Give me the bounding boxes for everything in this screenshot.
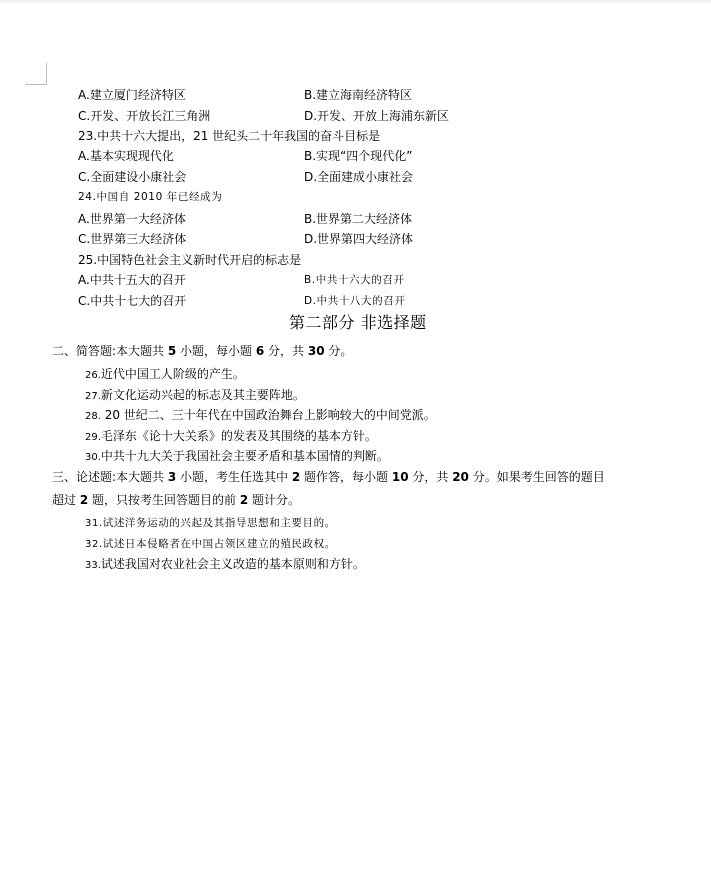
q22-option-a: A.建立厦门经济特区 [78,87,186,103]
section2-header: 二、简答题:本大题共 5 小题，每小题 6 分，共 30 分。 [52,343,352,359]
section3-text: 小题，考生任选其中 [176,470,292,484]
question-number: 28. [85,411,101,422]
q25-option-d: D.中共十八大的召开 [304,293,405,309]
q22-option-b: B.建立海南经济特区 [304,87,412,103]
section2-total: 30 [308,344,325,358]
section3-each: 10 [392,470,409,484]
section3-text: 题计分。 [248,493,300,507]
q25-option-c: C.中共十七大的召开 [78,293,186,309]
question-number: 33. [85,560,101,571]
question-27: 27.新文化运动兴起的标志及其主要阵地。 [85,387,305,405]
section2-header-suffix: 分。 [325,344,353,358]
section3-text: 题作答，每小题 [300,470,392,484]
question-number: 32. [85,539,103,550]
q23-stem: 23.中共十六大提出，21 世纪头二十年我国的奋斗目标是 [78,128,380,144]
q25-option-a: A.中共十五大的召开 [78,272,186,288]
q24-option-a: A.世界第一大经济体 [78,211,186,227]
question-33: 33.试述我国对农业社会主义改造的基本原则和方针。 [85,556,365,574]
question-number: 26. [85,370,101,381]
q22-option-c: C.开发、开放长江三角洲 [78,108,210,124]
q24-stem: 24.中国自 2010 年已经成为 [78,189,222,205]
q24-option-b: B.世界第二大经济体 [304,211,412,227]
q24-option-c: C.世界第三大经济体 [78,231,186,247]
question-text: 试述我国对农业社会主义改造的基本原则和方针。 [101,557,365,571]
section3-text: 三、论述题:本大题共 [52,470,168,484]
section3-header-line1: 三、论述题:本大题共 3 小题，考生任选其中 2 题作答，每小题 10 分，共 … [52,469,605,485]
q23-option-d: D.全面建成小康社会 [304,169,413,185]
question-29: 29.毛泽东《论十大关系》的发表及其围绕的基本方针。 [85,428,377,446]
section2-header-prefix: 二、简答题:本大题共 [52,344,168,358]
section3-header-line2: 超过 2 题，只按考生回答题目的前 2 题计分。 [52,492,300,508]
question-32: 32.试述日本侵略者在中国占领区建立的殖民政权。 [85,536,336,553]
q24-option-d: D.世界第四大经济体 [304,231,413,247]
question-text: 近代中国工人阶级的产生。 [101,367,245,381]
question-number: 27. [85,391,101,402]
section3-text: 分，共 [409,470,453,484]
question-text: 20 世纪二、三十年代在中国政治舞台上影响较大的中间党派。 [101,408,436,422]
question-text: 新文化运动兴起的标志及其主要阵地。 [101,388,305,402]
section3-over: 2 [80,493,88,507]
question-28: 28. 20 世纪二、三十年代在中国政治舞台上影响较大的中间党派。 [85,407,436,425]
section2-header-mid2: 分，共 [264,344,308,358]
section3-text: 分。如果考生回答的题目 [469,470,605,484]
question-number: 29. [85,432,101,443]
section3-text: 题，只按考生回答题目的前 [88,493,240,507]
section3-count: 3 [168,470,176,484]
question-31: 31.试述洋务运动的兴起及其指导思想和主要目的。 [85,515,336,532]
q25-stem: 25.中国特色社会主义新时代开启的标志是 [78,252,301,268]
section3-first: 2 [240,493,248,507]
section2-count: 5 [168,344,176,358]
question-text: 试述洋务运动的兴起及其指导思想和主要目的。 [103,517,336,529]
section3-total: 20 [452,470,469,484]
q23-option-a: A.基本实现现代化 [78,148,174,164]
page-top-shadow [0,0,711,4]
section2-header-mid1: 小题，每小题 [176,344,256,358]
question-26: 26.近代中国工人阶级的产生。 [85,366,245,384]
margin-corner-mark [25,63,47,85]
part2-title: 第二部分 非选择题 [289,313,427,333]
section2-each: 6 [256,344,264,358]
q23-option-b: B.实现“四个现代化” [304,148,412,164]
q23-option-c: C.全面建设小康社会 [78,169,186,185]
question-30: 30.中共十九大关于我国社会主要矛盾和基本国情的判断。 [85,448,389,466]
question-number: 30. [85,452,101,463]
question-number: 31. [85,518,103,529]
question-text: 试述日本侵略者在中国占领区建立的殖民政权。 [103,538,336,550]
section3-choose: 2 [292,470,300,484]
q22-option-d: D.开发、开放上海浦东新区 [304,108,449,124]
section3-text: 超过 [52,493,80,507]
question-text: 毛泽东《论十大关系》的发表及其围绕的基本方针。 [101,429,377,443]
q25-option-b: B.中共十六大的召开 [304,272,405,288]
question-text: 中共十九大关于我国社会主要矛盾和基本国情的判断。 [101,449,389,463]
